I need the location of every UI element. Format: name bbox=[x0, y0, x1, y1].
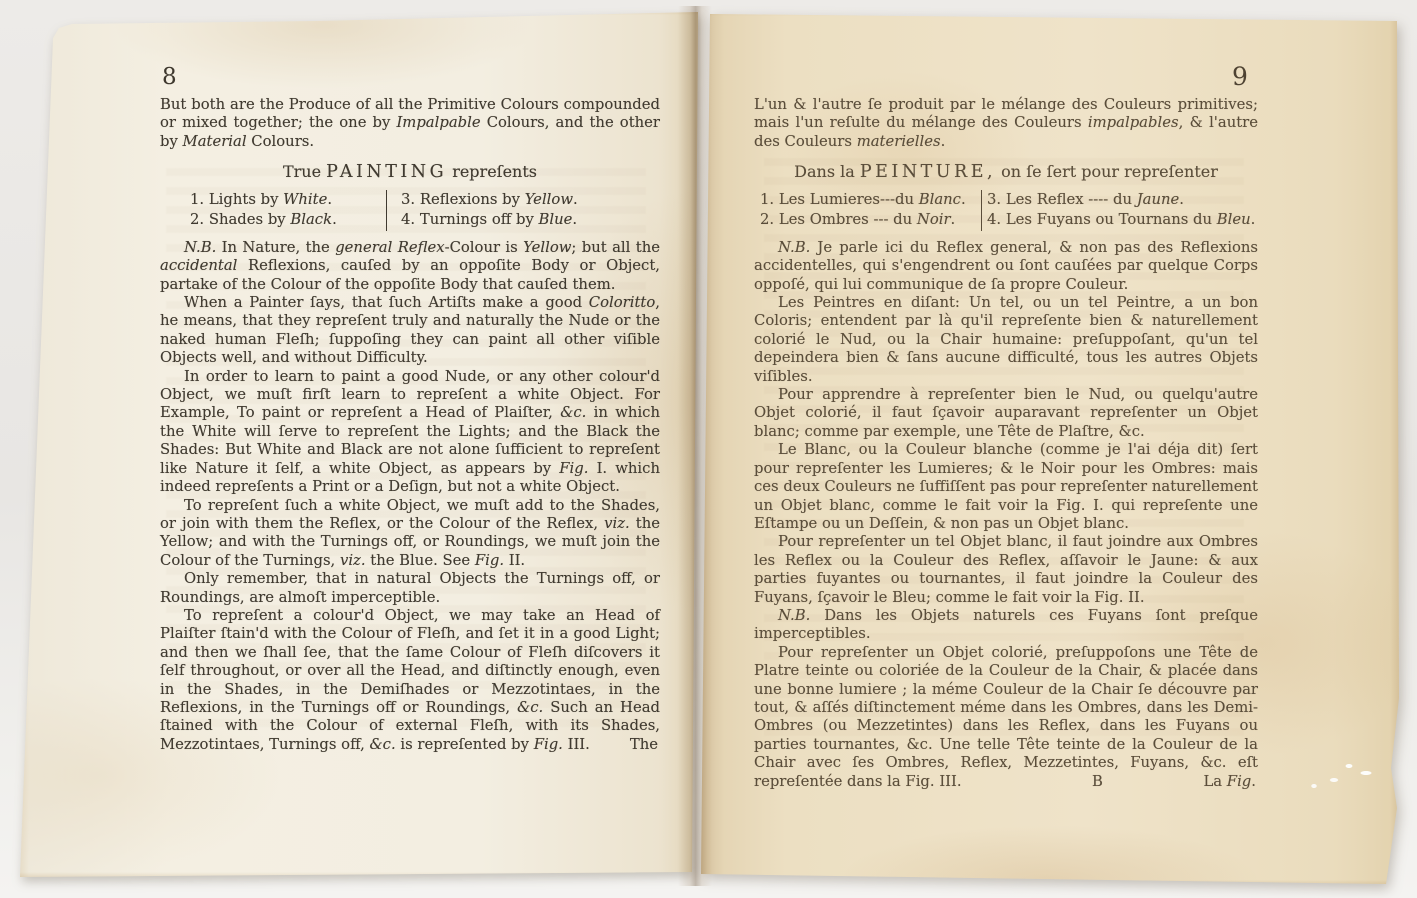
page-number-right: 9 bbox=[1232, 62, 1248, 91]
color-key-column-left: 1. Lights by White. 2. Shades by Black. bbox=[160, 190, 386, 231]
color-key-item: 3. Reflexions by Yellow. bbox=[401, 190, 660, 211]
scanned-book-spread: { "book": { "left_page": { "page_number"… bbox=[0, 0, 1417, 898]
signature-mark: B bbox=[1092, 773, 1103, 791]
paragraph: In order to learn to paint a good Nude, … bbox=[160, 368, 660, 497]
color-key-column-right: 3. Reflexions by Yellow. 4. Turnings off… bbox=[386, 190, 660, 231]
right-text-column: L'un & l'autre ſe produit par le mélange… bbox=[754, 96, 1258, 791]
color-key-item: 1. Les Lumieres---du Blanc. bbox=[760, 190, 981, 211]
paragraph: To repreſent ſuch a white Object, we muſ… bbox=[160, 497, 660, 571]
color-key-item: 4. Turnings off by Blue. bbox=[401, 210, 660, 231]
paragraph: N.B. Dans les Objets naturels ces Fuyans… bbox=[754, 607, 1258, 644]
paragraph-text: Pour repreſenter un Objet colorié, preſu… bbox=[754, 644, 1258, 790]
color-key-table: 1. Les Lumieres---du Blanc. 2. Les Ombre… bbox=[754, 190, 1258, 231]
paragraph: Pour apprendre à repreſenter bien le Nud… bbox=[754, 386, 1258, 441]
paragraph: Les Peintres en diſant: Un tel, ou un te… bbox=[754, 294, 1258, 386]
heading-pre: Dans la bbox=[794, 162, 855, 181]
paragraph: Pour repreſenter un tel Objet blanc, il … bbox=[754, 533, 1258, 607]
paragraph: When a Painter ſays, that ſuch Artiſts m… bbox=[160, 294, 660, 368]
paragraph: Only remember, that in natural Objects t… bbox=[160, 570, 660, 607]
page-number-left: 8 bbox=[162, 64, 177, 90]
section-heading: Dans la PEINTURE, on ſe ſert pour repreſ… bbox=[754, 163, 1258, 181]
right-page-paper: 9 L'un & l'autre ſe produit par le mélan… bbox=[694, 8, 1404, 890]
color-key-column-right: 3. Les Reflex ---- du Jaune. 4. Les Fuya… bbox=[981, 190, 1258, 231]
paragraph: Le Blanc, ou la Couleur blanche (comme j… bbox=[754, 441, 1258, 533]
color-key-table: 1. Lights by White. 2. Shades by Black. … bbox=[160, 190, 660, 231]
right-page: 9 L'un & l'autre ſe produit par le mélan… bbox=[694, 8, 1404, 890]
left-page-paper: 8 But both are the Produce of all the Pr… bbox=[16, 8, 700, 880]
color-key-column-left: 1. Les Lumieres---du Blanc. 2. Les Ombre… bbox=[754, 190, 981, 231]
catchword: La Fig. bbox=[1203, 773, 1256, 791]
intro-paragraph: But both are the Produce of all the Prim… bbox=[160, 96, 660, 151]
paragraph: Pour repreſenter un Objet colorié, preſu… bbox=[754, 644, 1258, 791]
intro-paragraph: L'un & l'autre ſe produit par le mélange… bbox=[754, 96, 1258, 151]
heading-post: on ſe ſert pour repreſenter bbox=[1001, 162, 1218, 181]
color-key-item: 1. Lights by White. bbox=[190, 190, 386, 211]
heading-pre: True bbox=[283, 162, 321, 181]
left-page: 8 But both are the Produce of all the Pr… bbox=[16, 8, 700, 880]
color-key-item: 2. Shades by Black. bbox=[190, 210, 386, 231]
paragraph: N.B. Je parle ici du Reflex general, & n… bbox=[754, 239, 1258, 294]
heading-post: repreſents bbox=[452, 162, 537, 181]
heading-caps: PEINTURE, bbox=[860, 162, 996, 182]
color-key-item: 2. Les Ombres --- du Noir. bbox=[760, 210, 981, 231]
paragraph: N.B. In Nature, the general Reflex-Colou… bbox=[160, 239, 660, 294]
paragraph-text: To repreſent a colour'd Object, we may t… bbox=[160, 607, 660, 753]
color-key-item: 3. Les Reflex ---- du Jaune. bbox=[987, 190, 1258, 211]
paragraph: To repreſent a colour'd Object, we may t… bbox=[160, 607, 660, 754]
left-text-column: But both are the Produce of all the Prim… bbox=[160, 96, 660, 754]
catchword: The bbox=[630, 736, 658, 754]
heading-caps: PAINTING bbox=[326, 162, 447, 182]
color-key-item: 4. Les Fuyans ou Tournans du Bleu. bbox=[987, 210, 1258, 231]
section-heading: True PAINTING repreſents bbox=[160, 163, 660, 181]
